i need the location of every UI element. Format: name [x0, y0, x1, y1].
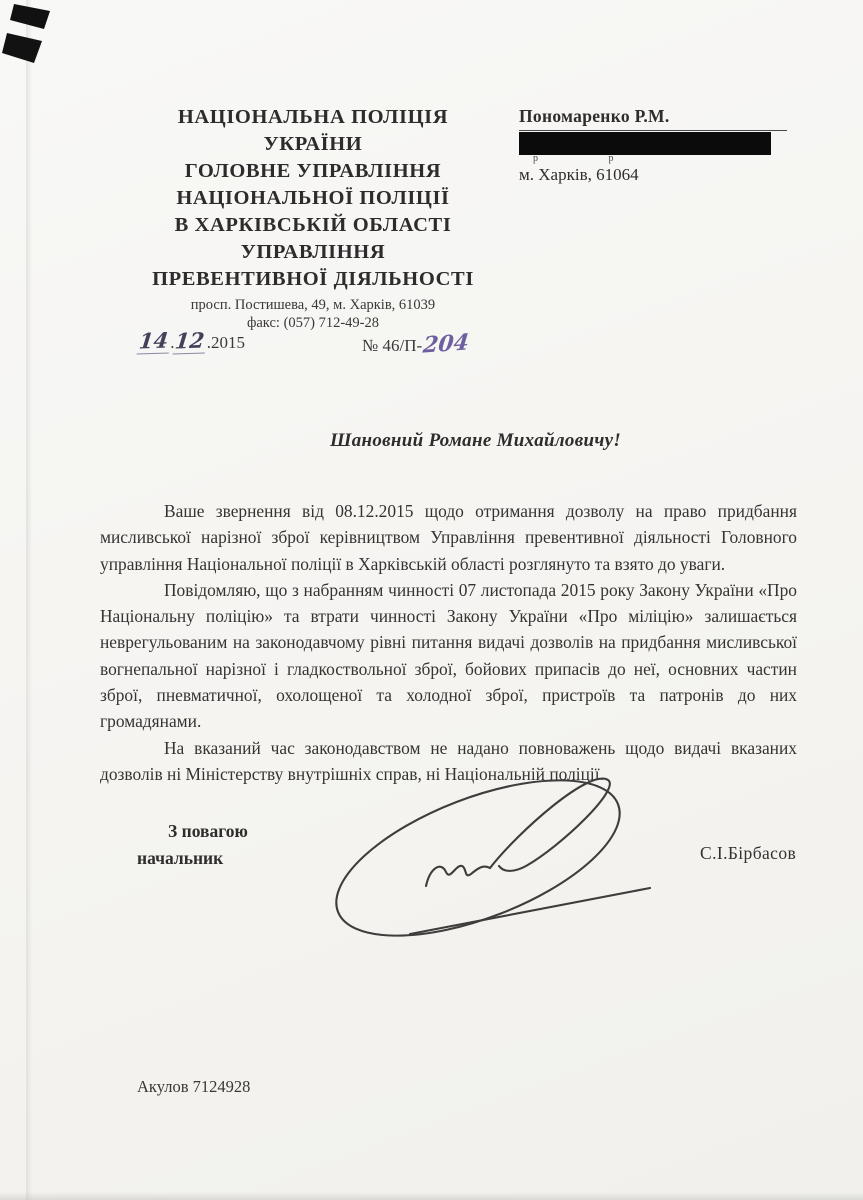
letterhead-line: ПРЕВЕНТИВНОЇ ДІЯЛЬНОСТІ	[118, 266, 508, 293]
letterhead-line: НАЦІОНАЛЬНОЇ ПОЛІЦІЇ	[118, 185, 508, 212]
recipient-city: м. Харків, 61064	[519, 165, 787, 185]
letterhead-line: В ХАРКІВСЬКІЙ ОБЛАСТІ	[118, 212, 508, 239]
signer-name: С.І.Бірбасов	[700, 843, 796, 864]
scanned-letter-page: НАЦІОНАЛЬНА ПОЛІЦІЯ УКРАЇНИ ГОЛОВНЕ УПРА…	[0, 0, 863, 1200]
handwritten-number: 204	[422, 329, 471, 358]
document-number: № 46/П-204	[362, 331, 469, 357]
signoff-regards: З повагою	[168, 821, 248, 842]
redaction-bar	[519, 132, 771, 155]
letterhead-line: НАЦІОНАЛЬНА ПОЛІЦІЯ	[118, 104, 508, 131]
signoff-position: начальник	[137, 848, 223, 869]
letterhead: НАЦІОНАЛЬНА ПОЛІЦІЯ УКРАЇНИ ГОЛОВНЕ УПРА…	[118, 104, 508, 332]
scan-corner-artifact	[0, 0, 70, 72]
document-number-label: № 46/П-	[362, 336, 422, 355]
letterhead-line: ГОЛОВНЕ УПРАВЛІННЯ	[118, 158, 508, 185]
body-paragraph-2: Повідомляю, що з набранням чинності 07 л…	[100, 577, 797, 735]
letterhead-line: УПРАВЛІННЯ	[118, 239, 508, 266]
body-paragraph-1: Ваше звернення від 08.12.2015 щодо отрим…	[100, 498, 797, 577]
redacted-text-fragments: р р	[519, 155, 787, 164]
handwritten-month: 12	[173, 327, 208, 354]
scan-edge-shadow-bottom	[0, 1192, 863, 1200]
handwritten-day: 14	[137, 327, 172, 354]
recipient-block: Пономаренко Р.М. р р м. Харків, 61064	[519, 106, 787, 185]
letter-body: Ваше звернення від 08.12.2015 щодо отрим…	[100, 498, 797, 787]
letterhead-address: просп. Постишева, 49, м. Харків, 61039	[118, 296, 508, 314]
handwritten-signature	[318, 760, 663, 965]
salutation: Шановний Романе Михайловичу!	[330, 430, 621, 452]
letterhead-line: УКРАЇНИ	[118, 131, 508, 158]
recipient-name: Пономаренко Р.М.	[519, 106, 787, 131]
scan-edge-shadow-left	[26, 0, 32, 1200]
date-and-number-line: 14.12.2015 № 46/П-204	[138, 328, 698, 364]
executor-reference: Акулов 7124928	[137, 1077, 250, 1097]
typed-year: .2015	[207, 333, 245, 352]
